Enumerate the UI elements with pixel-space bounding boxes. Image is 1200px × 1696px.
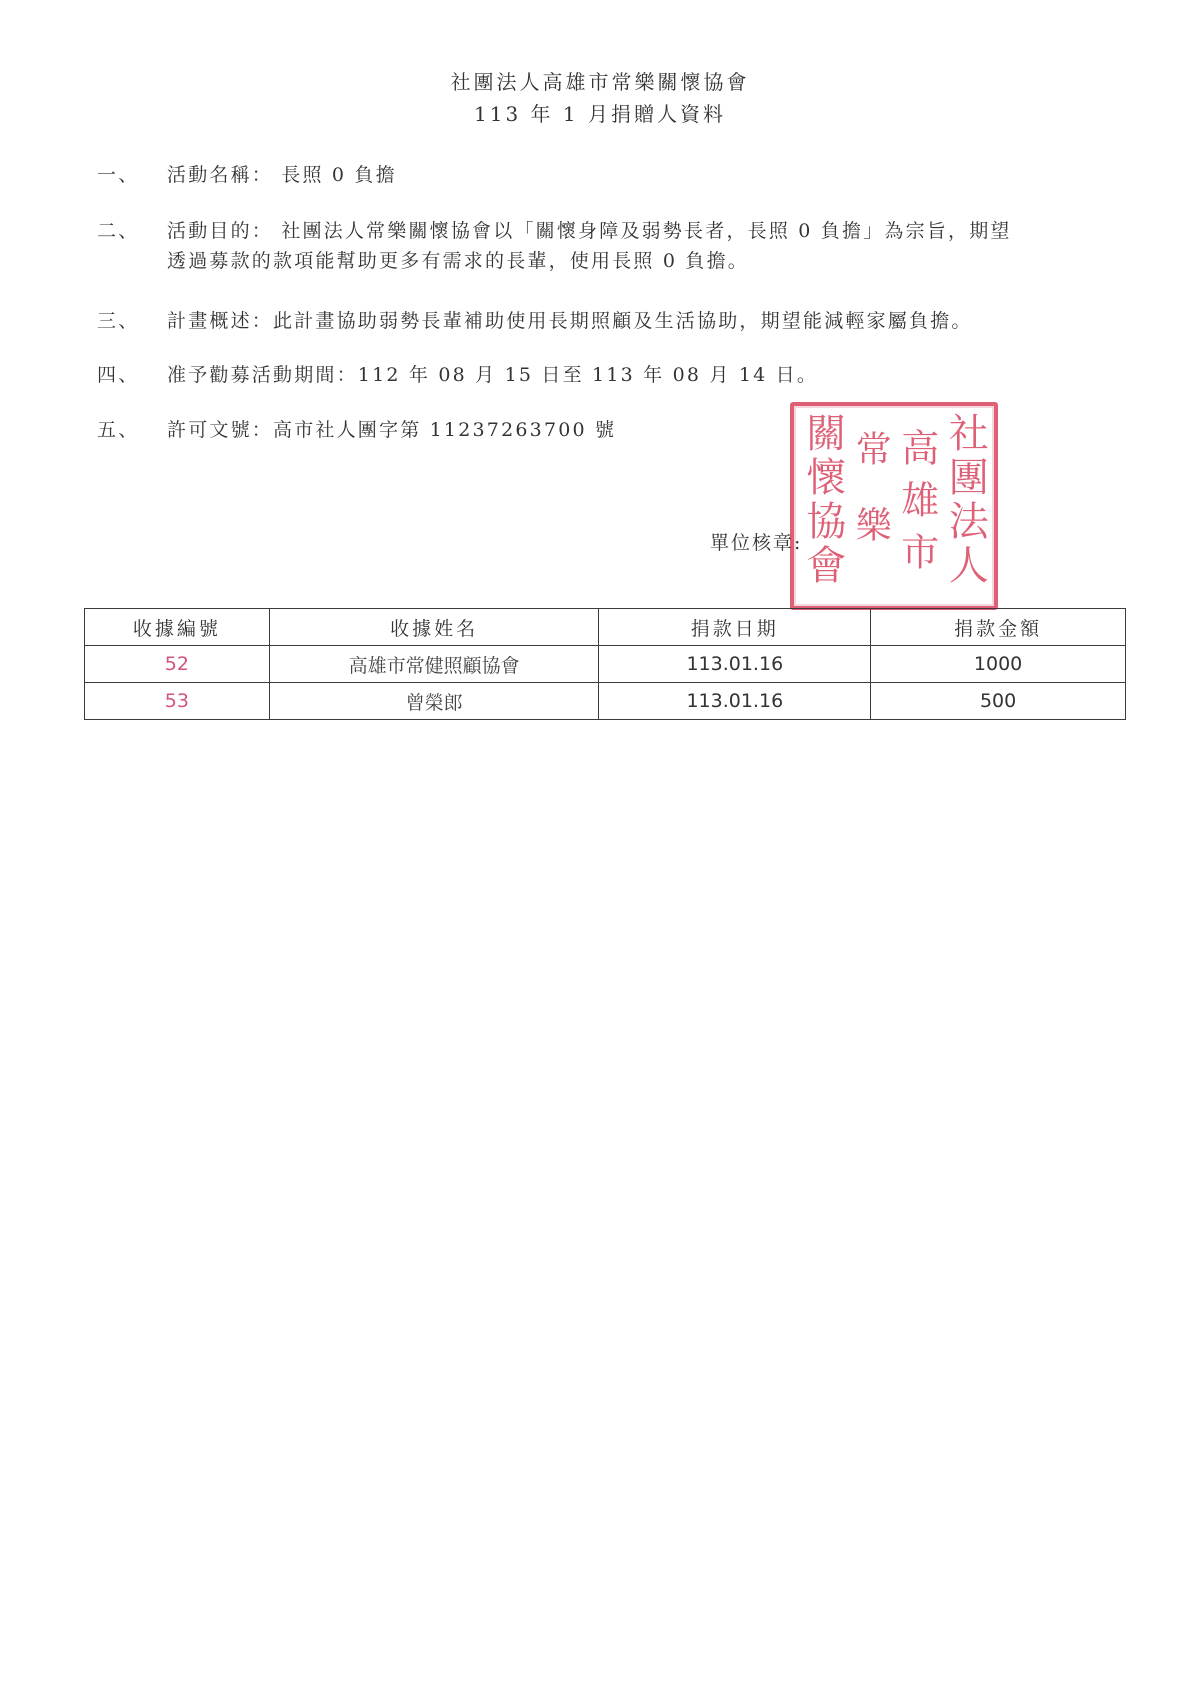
donation-amount: 500 xyxy=(871,683,1126,720)
column-header-date: 捐款日期 xyxy=(599,609,871,646)
seal-text: 社團法人 xyxy=(945,412,985,588)
section-text: 許可文號：高市社人團字第 11237263700 號 xyxy=(167,415,616,442)
seal-column: 社團法人 xyxy=(945,412,985,600)
organization-title: 社團法人高雄市常樂關懷協會 xyxy=(0,66,1200,95)
section-text: 活動名稱： 長照 0 負擔 xyxy=(167,160,397,187)
section-number: 一、 xyxy=(97,160,157,187)
column-header-receipt-no: 收據編號 xyxy=(85,609,270,646)
donor-table: 收據編號 收據姓名 捐款日期 捐款金額 52 高雄市常健照顧協會 113.01.… xyxy=(84,608,1126,720)
organization-seal-stamp: 社團法人 高雄市 常樂 關懷協會 xyxy=(790,402,998,610)
section-number: 三、 xyxy=(97,306,157,333)
seal-text: 關懷協會 xyxy=(803,412,843,588)
donation-date: 113.01.16 xyxy=(599,646,871,683)
section-text-continued: 透過募款的款項能幫助更多有需求的長輩，使用長照 0 負擔。 xyxy=(167,246,749,273)
section-text: 活動目的： 社團法人常樂關懷協會以「關懷身障及弱勢長者，長照 0 負擔」為宗旨，… xyxy=(167,216,1012,243)
seal-label: 單位核章: xyxy=(710,528,802,555)
donation-date: 113.01.16 xyxy=(599,683,871,720)
table-row: 53 曾榮郎 113.01.16 500 xyxy=(85,683,1126,720)
column-header-name: 收據姓名 xyxy=(269,609,599,646)
table-row: 52 高雄市常健照顧協會 113.01.16 1000 xyxy=(85,646,1126,683)
document-subtitle: 113 年 1 月捐贈人資料 xyxy=(0,98,1200,127)
column-header-amount: 捐款金額 xyxy=(871,609,1126,646)
donor-name: 曾榮郎 xyxy=(269,683,599,720)
receipt-number: 53 xyxy=(85,683,270,720)
section-text: 准予勸募活動期間：112 年 08 月 15 日至 113 年 08 月 14 … xyxy=(167,360,818,387)
seal-column: 關懷協會 xyxy=(803,412,843,600)
seal-text: 高雄市 xyxy=(898,428,936,584)
section-number: 四、 xyxy=(97,360,157,387)
receipt-number: 52 xyxy=(85,646,270,683)
section-number: 二、 xyxy=(97,216,157,243)
donation-amount: 1000 xyxy=(871,646,1126,683)
section-text: 計畫概述：此計畫協助弱勢長輩補助使用長期照顧及生活協助，期望能減輕家屬負擔。 xyxy=(167,306,973,333)
seal-column: 常樂 xyxy=(852,412,888,600)
donor-name: 高雄市常健照顧協會 xyxy=(269,646,599,683)
seal-column: 高雄市 xyxy=(898,412,936,600)
seal-text: 常樂 xyxy=(852,430,888,582)
section-number: 五、 xyxy=(97,415,157,442)
table-header-row: 收據編號 收據姓名 捐款日期 捐款金額 xyxy=(85,609,1126,646)
